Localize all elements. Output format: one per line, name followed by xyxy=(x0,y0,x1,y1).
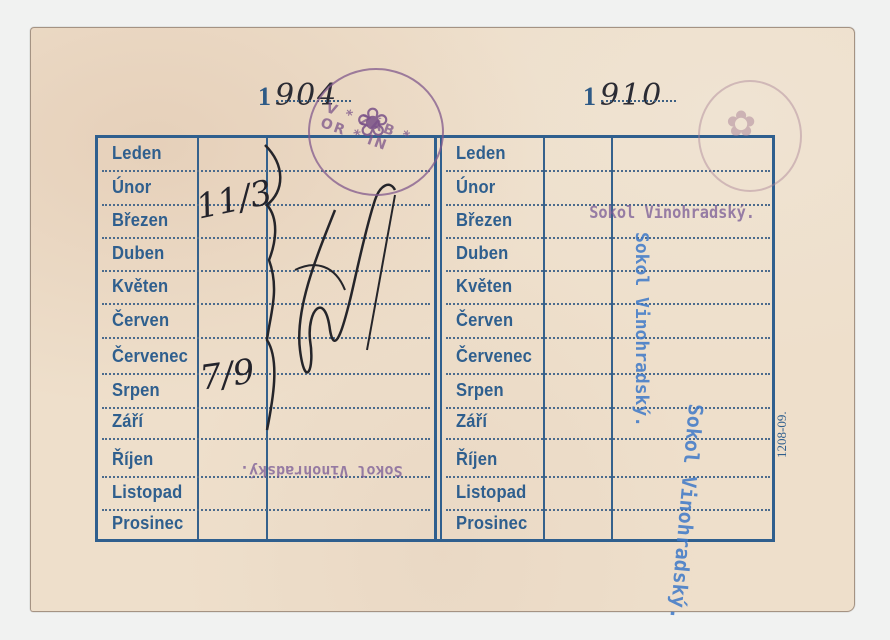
table-row: Říjen xyxy=(442,444,774,478)
table-row: Prosinec xyxy=(442,508,774,542)
table-row: Září xyxy=(442,406,774,440)
month-label: Květen xyxy=(456,276,512,297)
year-printed-prefix: 1 xyxy=(258,82,271,111)
month-label: Listopad xyxy=(112,482,182,503)
month-label: Červen xyxy=(456,310,513,331)
sokol-stamp-vertical-1: Sokol Vinohradský. xyxy=(631,232,652,427)
month-label: Říjen xyxy=(456,449,497,470)
table-row: Červen xyxy=(442,305,774,339)
month-label: Prosinec xyxy=(456,513,527,534)
sokol-stamp-inverted: Sokol Vinohradský. xyxy=(240,462,403,480)
sokol-emblem-icon: ❀ xyxy=(356,100,390,146)
print-code: 1208-09. xyxy=(774,411,790,458)
month-label: Říjen xyxy=(112,449,153,470)
month-label: Leden xyxy=(456,143,506,164)
month-label: Červen xyxy=(112,310,169,331)
month-label: Leden xyxy=(112,143,162,164)
month-label: Únor xyxy=(112,177,151,198)
round-stamp-right: ✿ xyxy=(698,80,802,192)
year-dotted-line xyxy=(601,100,676,102)
round-stamp-emblem-icon: ✿ xyxy=(726,104,756,145)
month-label: Červenec xyxy=(456,346,532,367)
month-label: Únor xyxy=(456,177,495,198)
table-row: Srpen xyxy=(442,375,774,409)
handwritten-date-2: 7/9 xyxy=(197,351,257,398)
table-row: Červenec xyxy=(442,341,774,375)
table-row: Listopad xyxy=(98,477,434,511)
table-row: Duben xyxy=(442,238,774,272)
month-label: Srpen xyxy=(456,380,504,401)
month-label: Březen xyxy=(112,210,168,231)
month-label: Květen xyxy=(112,276,168,297)
month-label: Prosinec xyxy=(112,513,183,534)
round-stamp-left: V * ZÁB * OR * IN ❀ xyxy=(308,68,444,196)
month-label: Červenec xyxy=(112,346,188,367)
table-right-1910: Leden Únor Březen Duben Květen Červen Če… xyxy=(440,138,774,539)
month-label: Září xyxy=(456,411,487,432)
month-label: Srpen xyxy=(112,380,160,401)
table-row: Květen xyxy=(442,271,774,305)
month-label: Březen xyxy=(456,210,512,231)
month-label: Duben xyxy=(456,243,508,264)
year-handwritten: 910 xyxy=(600,78,663,113)
year-printed-prefix: 1 xyxy=(583,82,596,111)
month-label: Listopad xyxy=(456,482,526,503)
table-row: Prosinec xyxy=(98,508,434,542)
table-row: Listopad xyxy=(442,477,774,511)
year-header-right: 1910 xyxy=(583,78,663,113)
month-label: Duben xyxy=(112,243,164,264)
sokol-stamp-horizontal: Sokol Vinohradský. xyxy=(589,203,755,223)
month-label: Září xyxy=(112,411,143,432)
